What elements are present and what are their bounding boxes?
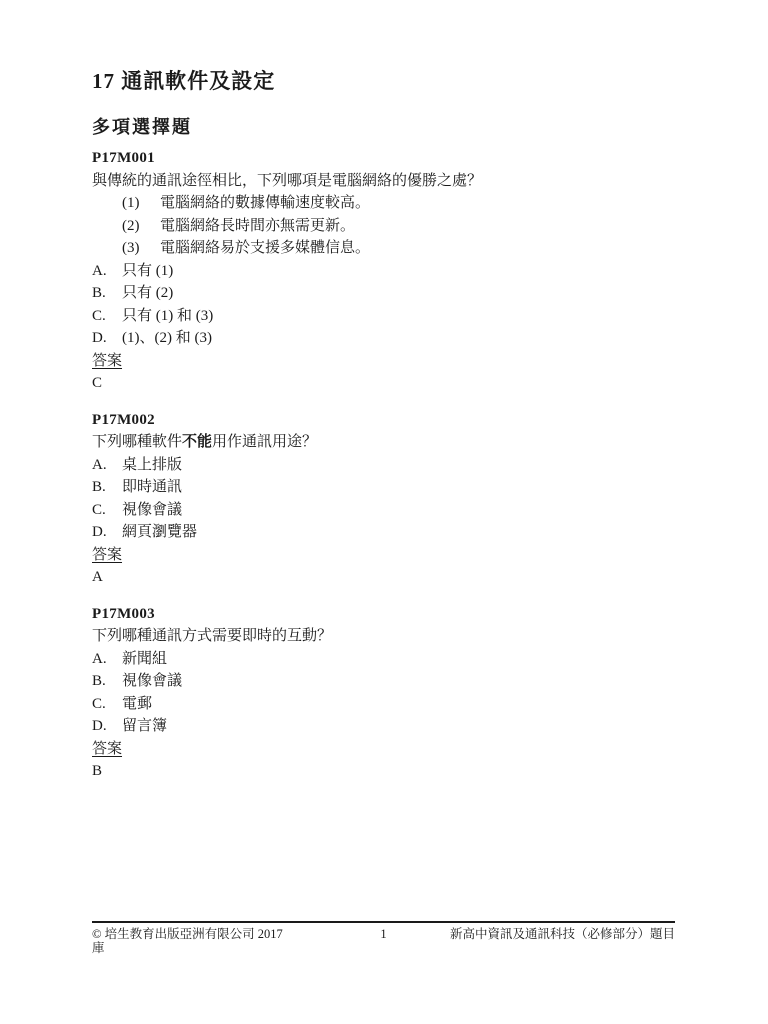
answer-label: 答案 [92, 353, 122, 369]
option-text: 新聞組 [122, 648, 167, 671]
question-id: P17M002 [92, 409, 676, 432]
question-id: P17M001 [92, 147, 676, 170]
answer-value: A [92, 566, 676, 589]
copyright-text: © 培生教育出版亞洲有限公司 2017 [92, 927, 283, 941]
option-letter: A. [92, 454, 122, 477]
option-letter: B. [92, 282, 122, 305]
option-row: D. 網頁瀏覽器 [92, 521, 676, 544]
option-row: C. 視像會議 [92, 499, 676, 522]
option-letter: B. [92, 670, 122, 693]
document-page: 17 通訊軟件及設定 多項選擇題 P17M001 與傳統的通訊途徑相比，下列哪項… [0, 0, 768, 1024]
option-text: 即時通訊 [122, 476, 182, 499]
section-heading: 多項選擇題 [92, 117, 676, 138]
option-text: 只有 (1) 和 (3) [122, 305, 213, 328]
footer-line-1: © 培生教育出版亞洲有限公司 2017 1 新高中資訊及通訊科技（必修部分）題目 [92, 927, 675, 941]
option-row: C. 電郵 [92, 693, 676, 716]
question-text: 與傳統的通訊途徑相比，下列哪項是電腦網絡的優勝之處？ [92, 170, 676, 193]
page-number: 1 [380, 927, 386, 941]
question-block-2: P17M002 下列哪種軟件不能用作通訊用途？ A. 桌上排版 B. 即時通訊 … [92, 409, 676, 589]
option-row: D. (1)、(2) 和 (3) [92, 327, 676, 350]
option-row: A. 新聞組 [92, 648, 676, 671]
answer-label-row: 答案 [92, 350, 676, 373]
option-row: C. 只有 (1) 和 (3) [92, 305, 676, 328]
answer-label: 答案 [92, 741, 122, 757]
statement-number: (1) [122, 192, 160, 215]
question-block-3: P17M003 下列哪種通訊方式需要即時的互動？ A. 新聞組 B. 視像會議 … [92, 603, 676, 783]
option-text: 只有 (1) [122, 260, 173, 283]
option-text: 視像會議 [122, 499, 182, 522]
option-row: D. 留言簿 [92, 715, 676, 738]
statement-number: (3) [122, 237, 160, 260]
question-text: 下列哪種通訊方式需要即時的互動？ [92, 625, 676, 648]
option-text: 留言簿 [122, 715, 167, 738]
answer-label-row: 答案 [92, 738, 676, 761]
option-letter: B. [92, 476, 122, 499]
question-block-1: P17M001 與傳統的通訊途徑相比，下列哪項是電腦網絡的優勝之處？ (1) 電… [92, 147, 676, 395]
statement-text: 電腦網絡的數據傳輸速度較高。 [160, 192, 370, 215]
option-text: 網頁瀏覽器 [122, 521, 197, 544]
option-text: 電郵 [122, 693, 152, 716]
question-text-suffix: 用作通訊用途？ [212, 434, 317, 450]
question-text-prefix: 下列哪種軟件 [92, 434, 182, 450]
option-text: 視像會議 [122, 670, 182, 693]
option-letter: C. [92, 693, 122, 716]
answer-label: 答案 [92, 547, 122, 563]
option-row: B. 只有 (2) [92, 282, 676, 305]
option-letter: D. [92, 327, 122, 350]
answer-value: B [92, 760, 676, 783]
statement-text: 電腦網絡易於支援多媒體信息。 [160, 237, 370, 260]
option-letter: C. [92, 305, 122, 328]
statement: (3) 電腦網絡易於支援多媒體信息。 [92, 237, 676, 260]
statement: (2) 電腦網絡長時間亦無需更新。 [92, 215, 676, 238]
doc-title: 17 通訊軟件及設定 [92, 68, 676, 95]
answer-label-row: 答案 [92, 544, 676, 567]
question-id: P17M003 [92, 603, 676, 626]
question-text-bold: 不能 [182, 434, 212, 450]
option-letter: A. [92, 648, 122, 671]
option-letter: D. [92, 521, 122, 544]
option-text: 桌上排版 [122, 454, 182, 477]
page-footer: © 培生教育出版亞洲有限公司 2017 1 新高中資訊及通訊科技（必修部分）題目… [92, 921, 675, 955]
option-row: B. 即時通訊 [92, 476, 676, 499]
option-letter: C. [92, 499, 122, 522]
option-text: 只有 (2) [122, 282, 173, 305]
option-row: B. 視像會議 [92, 670, 676, 693]
option-row: A. 桌上排版 [92, 454, 676, 477]
option-letter: A. [92, 260, 122, 283]
statement-text: 電腦網絡長時間亦無需更新。 [160, 215, 355, 238]
option-letter: D. [92, 715, 122, 738]
option-row: A. 只有 (1) [92, 260, 676, 283]
book-title: 新高中資訊及通訊科技（必修部分）題目 [450, 927, 675, 941]
question-text: 下列哪種軟件不能用作通訊用途？ [92, 431, 676, 454]
book-title-wrap: 庫 [92, 941, 675, 955]
statement-number: (2) [122, 215, 160, 238]
answer-value: C [92, 372, 676, 395]
statement: (1) 電腦網絡的數據傳輸速度較高。 [92, 192, 676, 215]
option-text: (1)、(2) 和 (3) [122, 327, 212, 350]
page-content: 17 通訊軟件及設定 多項選擇題 P17M001 與傳統的通訊途徑相比，下列哪項… [92, 68, 676, 797]
